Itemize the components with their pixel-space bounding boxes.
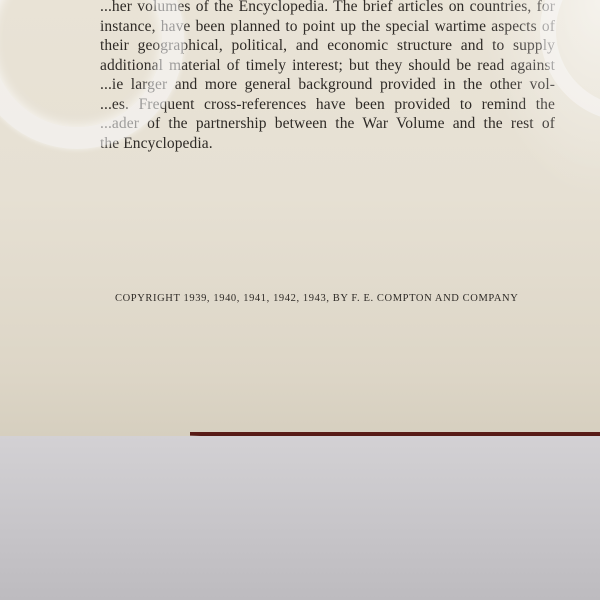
text-line: the Encyclopedia.	[100, 134, 555, 154]
text-line: ...ader of the partnership between the W…	[100, 114, 555, 134]
table-surface	[0, 436, 600, 600]
copyright-notice: COPYRIGHT 1939, 1940, 1941, 1942, 1943, …	[115, 293, 515, 304]
text-line: ...es. Frequent cross-references have be…	[100, 95, 555, 115]
